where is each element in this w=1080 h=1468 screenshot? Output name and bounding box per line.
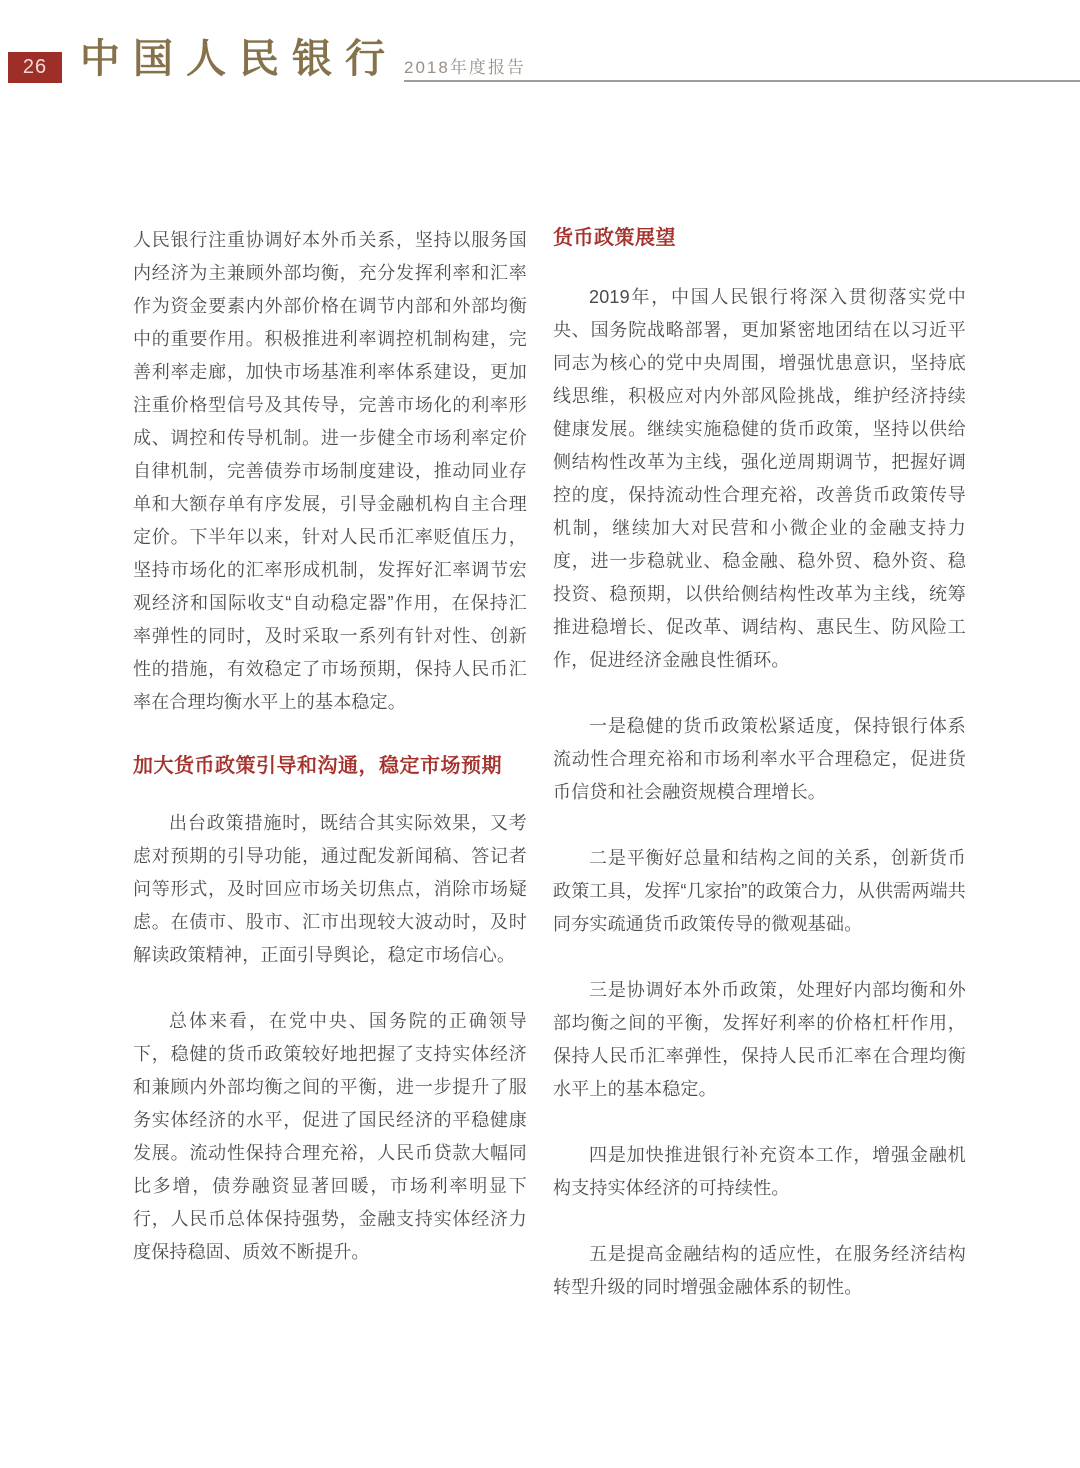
right-column: 货币政策展望 2019年，中国人民银行将深入贯彻落实党中央、国务院战略部署，更加… [553,224,966,1337]
report-title-label: 2018年度报告 [404,58,526,78]
right-paragraph-1: 2019年，中国人民银行将深入贯彻落实党中央、国务院战略部署，更加紧密地团结在以… [553,281,966,677]
right-paragraph-5: 四是加快推进银行补充资本工作，增强金融机构支持实体经济的可持续性。 [553,1139,966,1205]
right-paragraph-2: 一是稳健的货币政策松紧适度，保持银行体系流动性合理充裕和市场利率水平合理稳定，促… [553,710,966,809]
left-paragraph-1: 人民银行注重协调好本外币关系，坚持以服务国内经济为主兼顾外部均衡，充分发挥利率和… [133,224,527,719]
page-number-badge: 26 [8,52,62,83]
left-column: 人民银行注重协调好本外币关系，坚持以服务国内经济为主兼顾外部均衡，充分发挥利率和… [133,224,527,1302]
right-paragraph-4: 三是协调好本外币政策，处理好内部均衡和外部均衡之间的平衡，发挥好利率的价格杠杆作… [553,974,966,1106]
left-paragraph-3: 总体来看，在党中央、国务院的正确领导下，稳健的货币政策较好地把握了支持实体经济和… [133,1005,527,1269]
header-divider [404,80,1080,82]
right-paragraph-3: 二是平衡好总量和结构之间的关系，创新货币政策工具，发挥“几家抬”的政策合力，从供… [553,842,966,941]
right-paragraph-6: 五是提高金融结构的适应性，在服务经济结构转型升级的同时增强金融体系的韧性。 [553,1238,966,1304]
left-section-heading: 加大货币政策引导和沟通，稳定市场预期 [133,752,527,780]
left-paragraph-2: 出台政策措施时，既结合其实际效果，又考虑对预期的引导功能，通过配发新闻稿、答记者… [133,807,527,972]
bank-name-calligraphy: 中国人民银行 [80,36,398,82]
report-page: 26 中国人民银行 2018年度报告 人民银行注重协调好本外币关系，坚持以服务国… [0,0,1080,1468]
right-section-heading: 货币政策展望 [553,224,966,252]
